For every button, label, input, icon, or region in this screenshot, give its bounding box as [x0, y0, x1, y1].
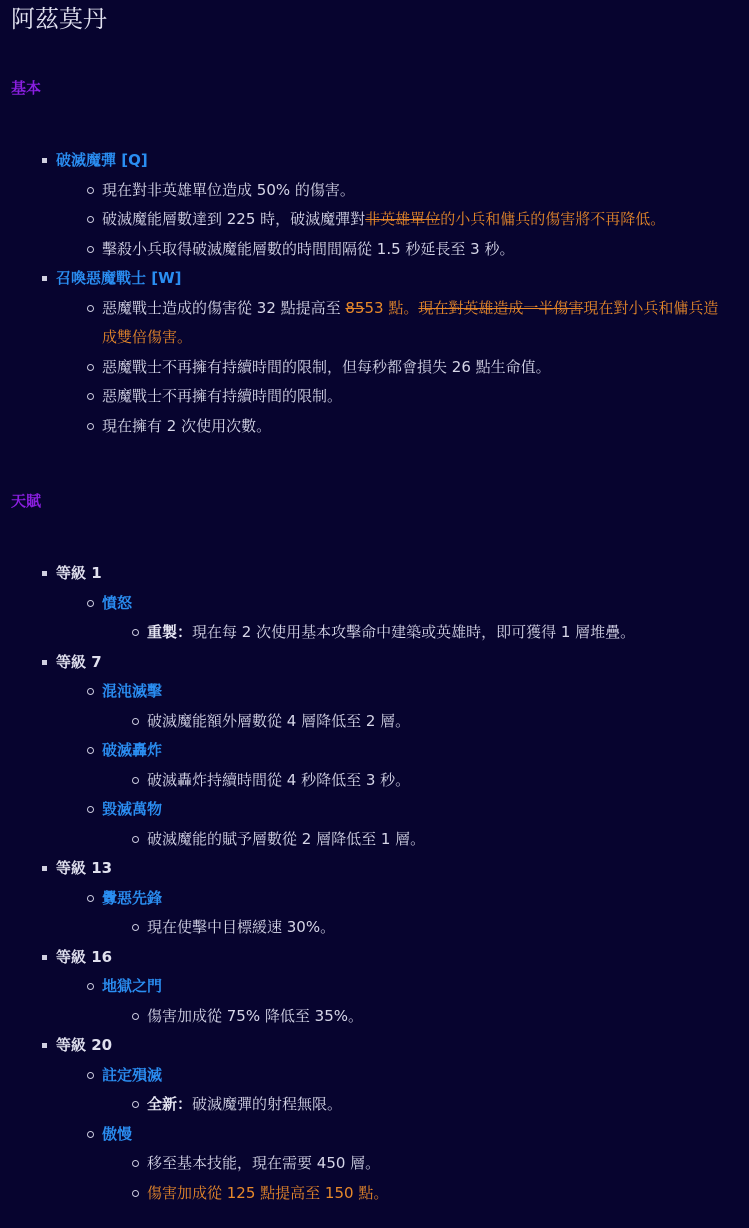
change-label: 全新： — [147, 1095, 192, 1113]
circle-bullet-icon — [87, 688, 94, 695]
circle-bullet-icon — [132, 629, 139, 636]
circle-bullet-icon — [132, 1101, 139, 1108]
change-text: 破滅魔能的賦予層數從 2 層降低至 1 層。 — [147, 830, 425, 848]
talent-level-1: 等級 1 — [0, 559, 749, 589]
change-text: 破滅魔彈的射程無限。 — [192, 1095, 342, 1113]
circle-bullet-icon — [87, 1131, 94, 1138]
removed-number: 85 — [345, 299, 364, 317]
talent-item: 釁惡先鋒 — [0, 884, 749, 914]
talent-level-16: 等級 16 — [0, 943, 749, 973]
change-item: 傷害加成從 125 點提高至 150 點。 — [0, 1179, 749, 1209]
square-bullet-icon — [42, 955, 47, 960]
change-item: 現在擁有 2 次使用次數。 — [0, 412, 749, 442]
change-item: 傷害加成從 75% 降低至 35%。 — [0, 1002, 749, 1032]
square-bullet-icon — [42, 660, 47, 665]
added-text: 的小兵和傭兵的傷害將不再降低。 — [440, 210, 665, 228]
change-text: 現在使擊中目標緩速 30%。 — [147, 918, 335, 936]
change-item: 全新：破滅魔彈的射程無限。 — [0, 1090, 749, 1120]
change-item: 惡魔戰士造成的傷害從 32 點提高至 8553 點。現在對英雄造成一半傷害現在對… — [0, 294, 749, 353]
level-label: 等級 16 — [56, 948, 112, 966]
circle-bullet-icon — [87, 364, 94, 371]
circle-bullet-icon — [87, 600, 94, 607]
circle-bullet-icon — [132, 1013, 139, 1020]
circle-bullet-icon — [87, 216, 94, 223]
talent-level-13: 等級 13 — [0, 854, 749, 884]
change-item: 現在對非英雄單位造成 50% 的傷害。 — [0, 176, 749, 206]
period: 。 — [403, 299, 418, 317]
change-item: 現在使擊中目標緩速 30%。 — [0, 913, 749, 943]
circle-bullet-icon — [132, 718, 139, 725]
ability-link-q[interactable]: 破滅魔彈 [Q] — [56, 151, 148, 169]
removed-text: 非英雄單位 — [365, 210, 440, 228]
change-item: 破滅轟炸持續時間從 4 秒降低至 3 秒。 — [0, 766, 749, 796]
talent-list: 等級 1 憤怒 重製：現在每 2 次使用基本攻擊命中建築或英雄時，即可獲得 1 … — [0, 559, 749, 1208]
change-text: 擊殺小兵取得破滅魔能層數的時間間隔從 1.5 秒延長至 3 秒。 — [102, 240, 514, 258]
change-item: 破滅魔能的賦予層數從 2 層降低至 1 層。 — [0, 825, 749, 855]
square-bullet-icon — [42, 866, 47, 871]
talent-level-7: 等級 7 — [0, 648, 749, 678]
change-text: 傷害加成從 75% 降低至 35%。 — [147, 1007, 363, 1025]
talent-link[interactable]: 註定殞滅 — [102, 1066, 162, 1084]
change-item: 惡魔戰士不再擁有持續時間的限制，但每秒都會損失 26 點生命值。 — [0, 353, 749, 383]
circle-bullet-icon — [87, 246, 94, 253]
talent-level-20: 等級 20 — [0, 1031, 749, 1061]
talent-item: 破滅轟炸 — [0, 736, 749, 766]
ability-link-w[interactable]: 召喚惡魔戰士 [W] — [56, 269, 181, 287]
talent-link[interactable]: 憤怒 — [102, 594, 132, 612]
circle-bullet-icon — [87, 895, 94, 902]
circle-bullet-icon — [132, 836, 139, 843]
change-text: 惡魔戰士不再擁有持續時間的限制，但每秒都會損失 26 點生命值。 — [102, 358, 551, 376]
circle-bullet-icon — [87, 305, 94, 312]
square-bullet-icon — [42, 276, 47, 281]
level-label: 等級 20 — [56, 1036, 112, 1054]
change-text: 破滅轟炸持續時間從 4 秒降低至 3 秒。 — [147, 771, 410, 789]
talent-link[interactable]: 混沌滅擊 — [102, 682, 162, 700]
section-heading-basic: 基本 — [11, 78, 41, 98]
change-text: 移至基本技能，現在需要 450 層。 — [147, 1154, 380, 1172]
change-text: 現在擁有 2 次使用次數。 — [102, 417, 271, 435]
talent-link[interactable]: 地獄之門 — [102, 977, 162, 995]
square-bullet-icon — [42, 571, 47, 576]
talent-item: 毀滅萬物 — [0, 795, 749, 825]
change-text-orange: 傷害加成從 125 點提高至 150 點。 — [147, 1184, 388, 1202]
talent-item: 混沌滅擊 — [0, 677, 749, 707]
talent-item: 憤怒 — [0, 589, 749, 619]
circle-bullet-icon — [87, 393, 94, 400]
talent-link[interactable]: 傲慢 — [102, 1125, 132, 1143]
level-label: 等級 1 — [56, 564, 102, 582]
level-label: 等級 7 — [56, 653, 102, 671]
change-text: 惡魔戰士造成的傷害從 32 點提高至 — [102, 299, 345, 317]
change-item: 重製：現在每 2 次使用基本攻擊命中建築或英雄時，即可獲得 1 層堆疊。 — [0, 618, 749, 648]
circle-bullet-icon — [87, 806, 94, 813]
change-item: 擊殺小兵取得破滅魔能層數的時間間隔從 1.5 秒延長至 3 秒。 — [0, 235, 749, 265]
change-text: 破滅魔能額外層數從 4 層降低至 2 層。 — [147, 712, 410, 730]
square-bullet-icon — [42, 1043, 47, 1048]
talent-item: 註定殞滅 — [0, 1061, 749, 1091]
talent-link[interactable]: 釁惡先鋒 — [102, 889, 162, 907]
change-text: 現在對非英雄單位造成 50% 的傷害。 — [102, 181, 355, 199]
change-text: 惡魔戰士不再擁有持續時間的限制。 — [102, 387, 342, 405]
added-number: 53 點 — [365, 299, 404, 317]
circle-bullet-icon — [87, 983, 94, 990]
ability-item-w: 召喚惡魔戰士 [W] — [0, 264, 749, 294]
circle-bullet-icon — [132, 777, 139, 784]
change-item: 破滅魔能額外層數從 4 層降低至 2 層。 — [0, 707, 749, 737]
change-item: 惡魔戰士不再擁有持續時間的限制。 — [0, 382, 749, 412]
talent-link[interactable]: 破滅轟炸 — [102, 741, 162, 759]
change-text: 現在每 2 次使用基本攻擊命中建築或英雄時，即可獲得 1 層堆疊。 — [192, 623, 635, 641]
basic-ability-list: 破滅魔彈 [Q] 現在對非英雄單位造成 50% 的傷害。 破滅魔能層數達到 22… — [0, 146, 749, 441]
circle-bullet-icon — [132, 1190, 139, 1197]
change-label: 重製： — [147, 623, 192, 641]
section-heading-talents: 天賦 — [11, 491, 41, 511]
page-title: 阿茲莫丹 — [11, 2, 107, 36]
change-item: 移至基本技能，現在需要 450 層。 — [0, 1149, 749, 1179]
change-text: 破滅魔能層數達到 225 時，破滅魔彈對 — [102, 210, 365, 228]
talent-item: 傲慢 — [0, 1120, 749, 1150]
change-item: 破滅魔能層數達到 225 時，破滅魔彈對非英雄單位的小兵和傭兵的傷害將不再降低。 — [0, 205, 749, 235]
circle-bullet-icon — [132, 1160, 139, 1167]
talent-link[interactable]: 毀滅萬物 — [102, 800, 162, 818]
removed-sentence: 現在對英雄造成一半傷害 — [418, 299, 583, 317]
circle-bullet-icon — [87, 187, 94, 194]
circle-bullet-icon — [87, 1072, 94, 1079]
circle-bullet-icon — [132, 924, 139, 931]
square-bullet-icon — [42, 158, 47, 163]
ability-item-q: 破滅魔彈 [Q] — [0, 146, 749, 176]
talent-item: 地獄之門 — [0, 972, 749, 1002]
circle-bullet-icon — [87, 747, 94, 754]
circle-bullet-icon — [87, 423, 94, 430]
level-label: 等級 13 — [56, 859, 112, 877]
